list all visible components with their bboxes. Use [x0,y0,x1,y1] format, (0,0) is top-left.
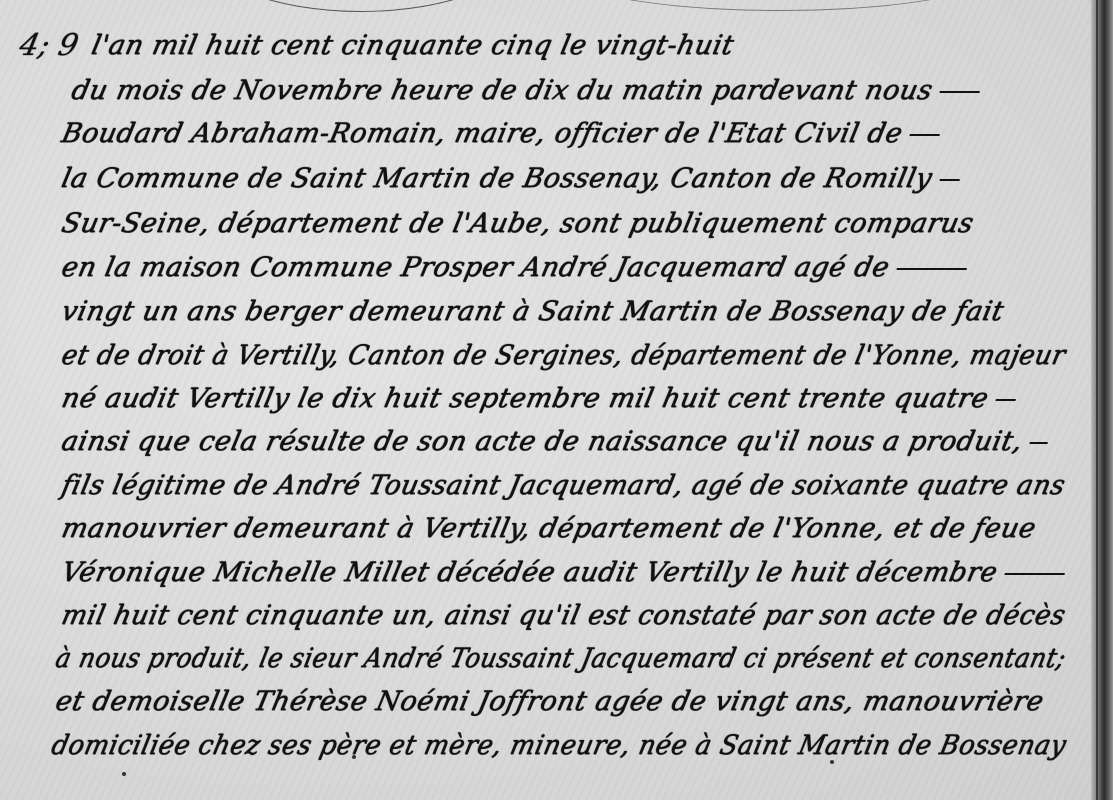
text-line: l'an mil huit cent cinquante cinq le vin… [89,30,737,61]
text-line: en la maison Commune Prosper André Jacqu… [59,252,971,283]
text-line: Boudard Abraham-Romain, maire, officier … [59,118,944,149]
text-line: vingt un ans berger demeurant à Saint Ma… [59,296,1007,327]
text-line: fils légitime de André Toussaint Jacquem… [59,470,1068,501]
text-line: et demoiselle Thérèse Noémi Joffront agé… [53,686,1047,717]
text-line: Sur-Seine, département de l'Aube, sont p… [59,208,977,239]
text-line: la Commune de Saint Martin de Bossenay, … [59,163,963,194]
text-line: Véronique Michelle Millet décédée audit … [59,557,1069,588]
text-line: manouvrier demeurant à Vertilly, départe… [59,513,1039,544]
register-page: 4; 9 l'an mil huit cent cinquante cinq l… [0,0,1113,800]
ink-speck [830,760,834,764]
text-line: du mois de Novembre heure de dix du mati… [69,75,984,106]
text-line: né audit Vertilly le dix huit septembre … [59,383,1020,414]
text-line: et de droit à Vertilly, Canton de Sergin… [59,340,1069,371]
text-line: à nous produit, le sieur André Toussaint… [53,643,1069,674]
text-line: ainsi que cela résulte de son acte de na… [59,426,1052,457]
handwritten-text-block: l'an mil huit cent cinquante cinq le vin… [0,0,1090,800]
ink-speck [122,772,126,776]
text-line: mil huit cent cinquante un, ainsi qu'il … [59,600,1069,631]
ink-speck [352,755,356,759]
book-binding-edge [1091,0,1113,800]
text-line: domiciliée chez ses père et mère, mineur… [49,730,1069,761]
